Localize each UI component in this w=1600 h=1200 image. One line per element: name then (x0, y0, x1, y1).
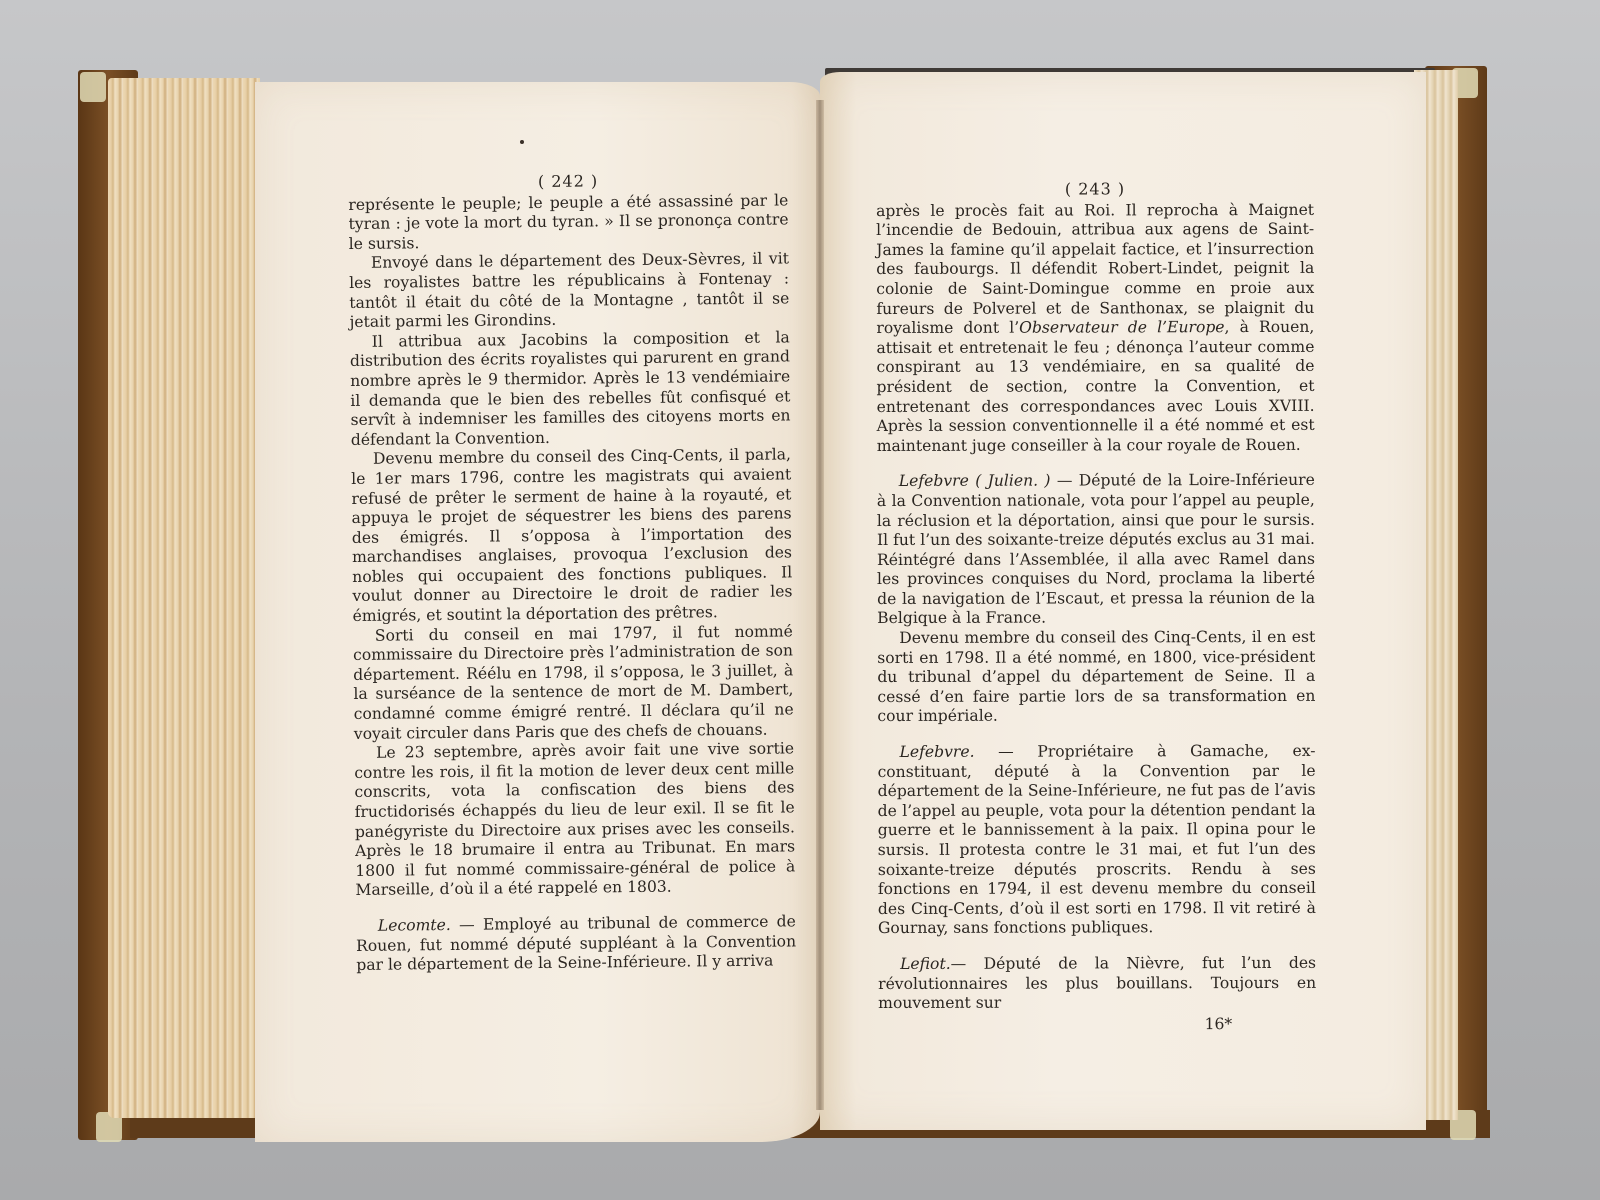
left-page-text: ( 242 ) représente le peuple; le peuple … (348, 169, 796, 975)
entry-lefebvre-julien: Lefebvre ( Julien. ) — Député de la Loir… (877, 471, 1315, 629)
entry-lefebvre: Lefebvre. — Propriétaire à Gamache, ex-c… (877, 742, 1316, 939)
paragraph-text: , à Rouen, attisait et entretenait le fe… (876, 318, 1314, 455)
cover-corner-top-left (80, 72, 106, 102)
entry-name: Lefebvre ( Julien. ) (899, 472, 1051, 490)
entry-name: Lefebvre. (899, 743, 974, 761)
page-stack-left (108, 78, 260, 1118)
page-number-right: ( 243 ) (876, 179, 1314, 200)
book-gutter (816, 100, 824, 1110)
paragraph: Devenu membre du conseil des Cinq-Cents,… (351, 446, 793, 627)
entry-text: — Député de la Loire-Inférieure à la Con… (877, 471, 1315, 627)
journal-title: Observateur de l’Europe (1019, 318, 1224, 337)
signature-mark: 16* (878, 1015, 1316, 1036)
paragraph: Le 23 septembre, après avoir fait une vi… (354, 740, 796, 901)
entry-name: Lecomte. (378, 916, 451, 935)
right-page-text: ( 243 ) après le procès fait au Roi. Il … (876, 179, 1316, 1035)
paragraph: Envoyé dans le département des Deux-Sèvr… (349, 250, 790, 333)
paragraph: représente le peuple; le peuple a été as… (348, 191, 789, 254)
paragraph: Devenu membre du conseil des Cinq-Cents,… (877, 628, 1315, 727)
paragraph: Il attribua aux Jacobins la composition … (350, 328, 791, 450)
entry-lecomte: Lecomte. — Employé au tribunal de commer… (356, 912, 797, 975)
paragraph: Sorti du conseil en mai 1797, il fut nom… (353, 622, 794, 744)
entry-text: — Propriétaire à Gamache, ex-constituant… (878, 742, 1316, 937)
entry-name: Lefiot. (900, 955, 951, 973)
paragraph: après le procès fait au Roi. Il reprocha… (876, 200, 1315, 456)
paragraph-text: après le procès fait au Roi. Il reprocha… (876, 200, 1314, 337)
page-number-left: ( 242 ) (348, 169, 788, 193)
ink-speck (520, 140, 524, 144)
entry-lefiot: Lefiot.— Député de la Nièvre, fut l’un d… (878, 954, 1316, 1014)
